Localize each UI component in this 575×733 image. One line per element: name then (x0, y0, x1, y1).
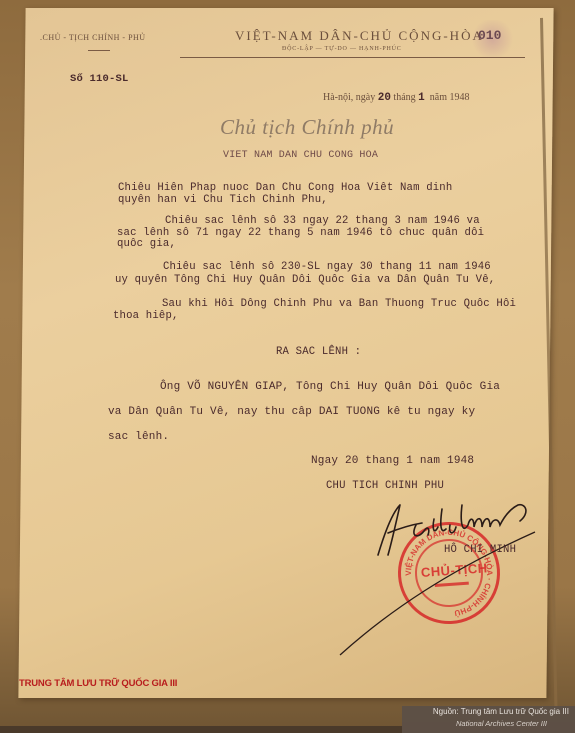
closing-date: Ngay 20 thang 1 nam 1948 (311, 455, 474, 467)
issuer-script-heading: Chủ tịch Chính phủ (220, 115, 394, 140)
frame-bottom (0, 726, 402, 733)
source-line-vi: Nguồn: Trung tâm Lưu trữ Quốc gia III (433, 707, 569, 716)
decree-heading: RA SAC LÊNH : (276, 346, 361, 358)
preamble-2-line1: Chiêu sac lênh sô 33 ngay 22 thang 3 nam… (165, 216, 480, 227)
letterhead-divider (180, 57, 525, 58)
issuer-state: VIET NAM DAN CHU CONG HOA (223, 150, 378, 161)
decree-body-line3: sac lênh. (108, 431, 169, 443)
dateline-day: 20 (378, 92, 391, 104)
preamble-4-line2: thoa hiêp, (113, 310, 179, 322)
dateline-place: Hà-nội, ngày (323, 92, 375, 103)
dateline-year: 1948 (449, 92, 469, 103)
dateline: Hà-nội, ngày 20 tháng 1 năm 1948 (323, 92, 469, 104)
dateline-month: 1 (418, 92, 425, 104)
letterhead-motto: ĐỘC-LẬP — TỰ-DO — HẠNH-PHÚC (282, 46, 402, 52)
preamble-4-line1: Sau khi Hôi Dông Chinh Phu va Ban Thuong… (162, 299, 516, 310)
signer-name: HÔ CHI MINH (444, 544, 516, 556)
source-caption: Nguồn: Trung tâm Lưu trữ Quốc gia III Na… (402, 706, 575, 733)
archive-label: TRUNG TÂM LƯU TRỮ QUỐC GIA III (19, 678, 177, 689)
source-line-en: National Archives Center III (456, 719, 547, 728)
dateline-year-label: năm (430, 92, 447, 103)
preamble-3-line2: uy quyên Tông Chi Huy Quân Dôi Quôc Gia … (115, 274, 495, 286)
preamble-3-line1: Chiêu sac lênh sô 230-SL ngay 30 thang 1… (163, 262, 491, 273)
decree-body-line2: va Dân Quân Tu Vê, nay thu câp DAI TUONG… (108, 406, 475, 418)
closing-title: CHU TICH CHINH PHU (326, 480, 444, 492)
dateline-month-label: tháng (393, 92, 415, 103)
stamped-number: 010 (478, 28, 501, 43)
letterhead-office-underline (88, 50, 110, 51)
letterhead-office: .CHỦ - TỊCH CHÍNH - PHỦ (40, 33, 146, 42)
preamble-2-line3: quôc gia, (117, 238, 176, 250)
document-number: Số 110-SL (70, 73, 129, 85)
preamble-1-line1: Chiêu Hiên Phap nuoc Dan Chu Cong Hoa Vi… (118, 183, 452, 194)
preamble-1-line2: quyên han vi Chu Tich Chinh Phu, (118, 194, 328, 206)
letterhead-country: VIỆT-NAM DÂN-CHỦ CỘNG-HÒA (235, 28, 484, 44)
decree-body-line1: Ông VÕ NGUYÊN GIAP, Tông Chi Huy Quân Dô… (160, 381, 500, 393)
